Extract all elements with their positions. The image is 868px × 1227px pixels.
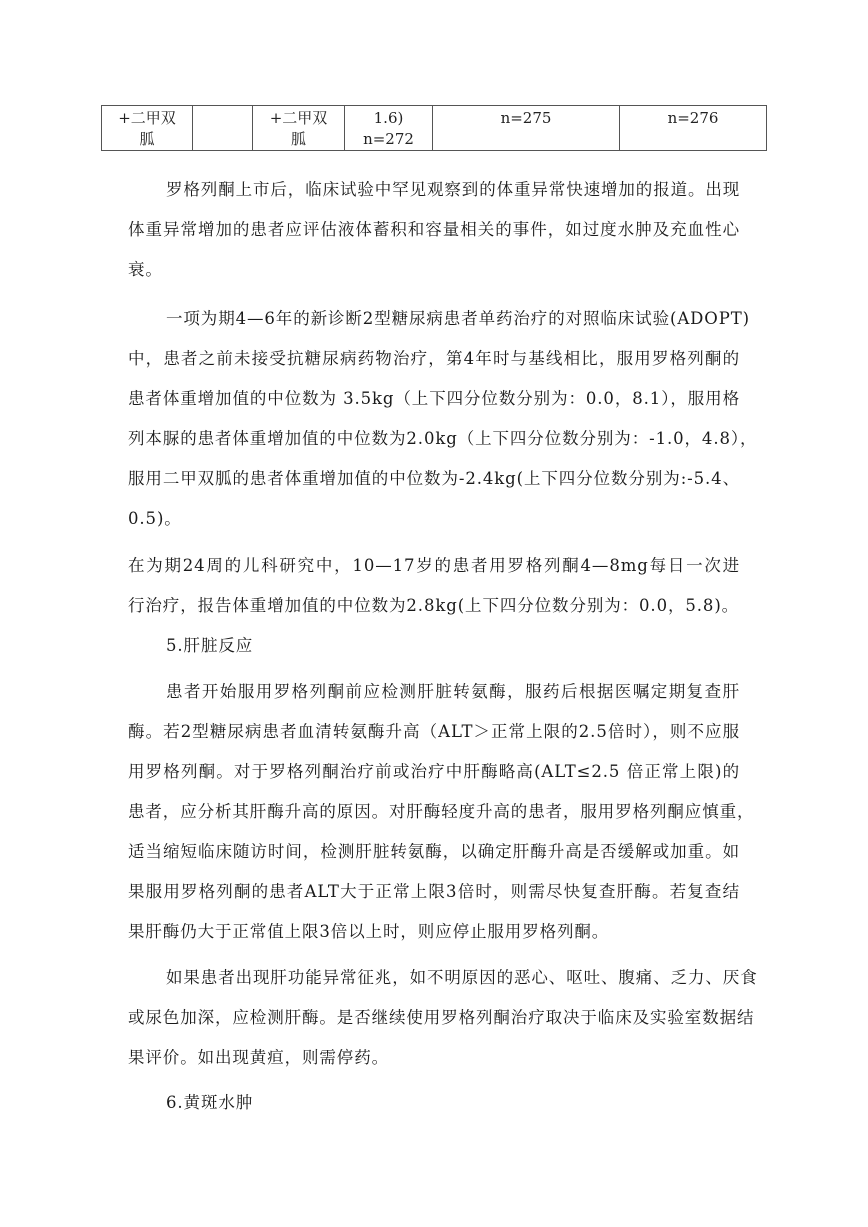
cell-text: 胍 (102, 129, 192, 150)
paragraph-line: 患者，应分析其肝酶升高的原因。对肝酶轻度升高的患者，服用罗格列酮应慎重， (128, 801, 740, 823)
section-heading: 5.肝脏反应 (166, 635, 253, 657)
paragraph-line: 患者开始服用罗格列酮前应检测肝脏转氨酶，服药后根据医嘱定期复查肝 (166, 681, 740, 703)
table-cell: n=276 (620, 106, 767, 151)
document-page: +二甲双 胍 +二甲双 胍 1.6) n=272 n=275 n=276 罗格列… (0, 0, 868, 1227)
paragraph-line: 服用二甲双胍的患者体重增加值的中位数为-2.4kg(上下四分位数分别为:-5.4… (128, 468, 740, 490)
table-cell: +二甲双 胍 (253, 106, 345, 151)
section-heading: 6.黄斑水肿 (166, 1092, 253, 1114)
paragraph-line: 果肝酶仍大于正常值上限3倍以上时，则应停止服用罗格列酮。 (128, 921, 740, 943)
paragraph-line: 罗格列酮上市后，临床试验中罕见观察到的体重异常快速增加的报道。出现 (166, 179, 740, 201)
cell-text: +二甲双 (253, 108, 344, 129)
table-cell: n=275 (433, 106, 620, 151)
paragraph-line: 或尿色加深，应检测肝酶。是否继续使用罗格列酮治疗取决于临床及实验室数据结 (128, 1007, 740, 1029)
paragraph-line: 适当缩短临床随访时间，检测肝脏转氨酶，以确定肝酶升高是否缓解或加重。如 (128, 841, 740, 863)
cell-text: n=275 (433, 108, 619, 129)
cell-text: n=272 (345, 129, 432, 150)
paragraph-line: 中，患者之前未接受抗糖尿病药物治疗，第4年时与基线相比，服用罗格列酮的 (128, 348, 740, 370)
paragraph-line: 果评价。如出现黄疸，则需停药。 (128, 1047, 740, 1069)
paragraph-line: 体重异常增加的患者应评估液体蓄积和容量相关的事件，如过度水肿及充血性心 (128, 219, 740, 241)
paragraph-line: 如果患者出现肝功能异常征兆，如不明原因的恶心、呕吐、腹痛、乏力、厌食 (166, 967, 740, 989)
paragraph-line: 果服用罗格列酮的患者ALT大于正常上限3倍时，则需尽快复查肝酶。若复查结 (128, 881, 740, 903)
paragraph-line: 患者体重增加值的中位数为 3.5kg（上下四分位数分别为：0.0，8.1），服用… (128, 388, 740, 410)
table-fragment: +二甲双 胍 +二甲双 胍 1.6) n=272 n=275 n=276 (101, 105, 767, 151)
paragraph-line: 酶。若2型糖尿病患者血清转氨酶升高（ALT＞正常上限的2.5倍时），则不应服 (128, 721, 740, 743)
cell-text: 胍 (253, 129, 344, 150)
table-cell-empty (193, 106, 253, 151)
paragraph-line: 衰。 (128, 259, 740, 281)
cell-text: n=276 (620, 108, 766, 129)
paragraph-line: 0.5)。 (128, 508, 740, 530)
paragraph-line: 在为期24周的儿科研究中，10—17岁的患者用罗格列酮4—8mg每日一次进 (128, 555, 740, 577)
table-row: +二甲双 胍 +二甲双 胍 1.6) n=272 n=275 n=276 (102, 106, 767, 151)
paragraph-line: 用罗格列酮。对于罗格列酮治疗前或治疗中肝酶略高(ALT≤2.5 倍正常上限)的 (128, 761, 740, 783)
paragraph-line: 列本脲的患者体重增加值的中位数为2.0kg（上下四分位数分别为：-1.0，4.8… (128, 428, 740, 450)
table-cell: +二甲双 胍 (102, 106, 193, 151)
paragraph-line: 行治疗，报告体重增加值的中位数为2.8kg(上下四分位数分别为：0.0，5.8)… (128, 595, 740, 617)
cell-text: +二甲双 (102, 108, 192, 129)
cell-text: 1.6) (345, 108, 432, 129)
paragraph-line: 一项为期4—6年的新诊断2型糖尿病患者单药治疗的对照临床试验(ADOPT) (166, 308, 740, 330)
table-cell: 1.6) n=272 (345, 106, 433, 151)
